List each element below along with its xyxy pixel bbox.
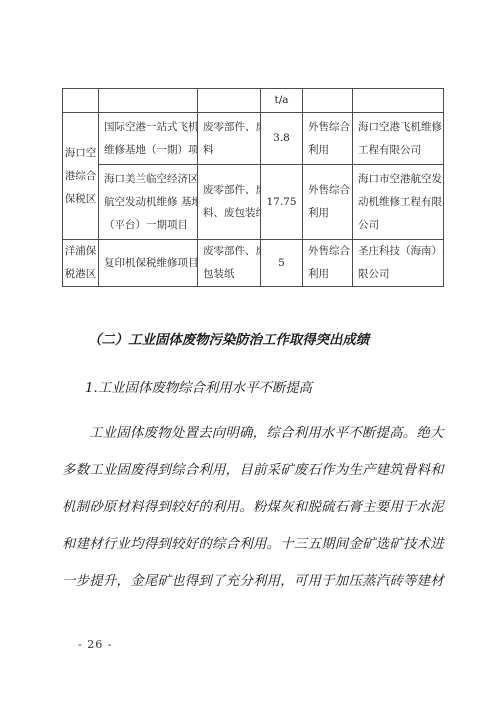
page-number: - 26 - (78, 638, 112, 651)
paragraph-line: 一步提升，金尾矿也得到了充分利用，可用于加压蒸汽砖等建材 (62, 563, 447, 600)
waste-cell: 废零部件、废 料、废包装纸 (198, 165, 261, 240)
header-unit-cell: t/a (261, 89, 303, 113)
table-row: 海口美兰临空经济区 航空发动机维修 基地 （平台）一期项目 废零部件、废 料、废… (63, 165, 444, 240)
project-cell: 海口美兰临空经济区 航空发动机维修 基地 （平台）一期项目 (99, 165, 198, 240)
waste-cell: 废零部件、废 料 (198, 113, 261, 165)
amount-cell: 5 (261, 240, 303, 287)
sub-heading: 1.工业固体废物综合利用水平不断提高 (85, 377, 312, 396)
company-cell: 海口市空港航空发 动机维修工程有限 公司 (353, 165, 444, 240)
paragraph-line: 和建材行业均得到较好的综合利用。十三五期间金矿选矿技术进 (62, 526, 447, 563)
amount-cell: 17.75 (261, 165, 303, 240)
industrial-waste-table: t/a 海口空 港综合 保税区 国际空港一站式飞机 维修基地（一期）项目 废零部… (62, 88, 444, 287)
waste-cell: 废零部件、废 包装纸 (198, 240, 261, 287)
table-header-row: t/a (63, 89, 444, 113)
document-page: t/a 海口空 港综合 保税区 国际空港一站式飞机 维修基地（一期）项目 废零部… (0, 0, 500, 707)
section-heading: （二）工业固体废物污染防治工作取得突出成绩 (88, 329, 369, 348)
method-cell: 外售综合 利用 (303, 165, 353, 240)
company-cell: 圣庄科技（海南）有 限公司 (353, 240, 444, 287)
body-paragraph: 工业固体废物处置去向明确，综合利用水平不断提高。绝大 多数工业固废得到综合利用，… (62, 415, 447, 600)
project-cell: 国际空港一站式飞机 维修基地（一期）项目 (99, 113, 198, 165)
header-waste-cell (198, 89, 261, 113)
header-project-cell (99, 89, 198, 113)
method-cell: 外售综合 利用 (303, 113, 353, 165)
region-cell: 海口空 港综合 保税区 (63, 113, 99, 240)
paragraph-line: 工业固体废物处置去向明确，综合利用水平不断提高。绝大 (62, 415, 447, 452)
header-method-cell (303, 89, 353, 113)
paragraph-line: 机制砂原材料得到较好的利用。粉煤灰和脱硫石膏主要用于水泥 (62, 489, 447, 526)
table-row: 海口空 港综合 保税区 国际空港一站式飞机 维修基地（一期）项目 废零部件、废 … (63, 113, 444, 165)
table-row: 洋浦保 税港区 复印机保税维修项目 废零部件、废 包装纸 5 外售综合 利用 圣… (63, 240, 444, 287)
header-region-cell (63, 89, 99, 113)
method-cell: 外售综合 利用 (303, 240, 353, 287)
paragraph-line: 多数工业固废得到综合利用，目前采矿废石作为生产建筑骨料和 (62, 452, 447, 489)
company-cell: 海口空港飞机维修 工程有限公司 (353, 113, 444, 165)
region-cell: 洋浦保 税港区 (63, 240, 99, 287)
project-cell: 复印机保税维修项目 (99, 240, 198, 287)
amount-cell: 3.8 (261, 113, 303, 165)
header-company-cell (353, 89, 444, 113)
